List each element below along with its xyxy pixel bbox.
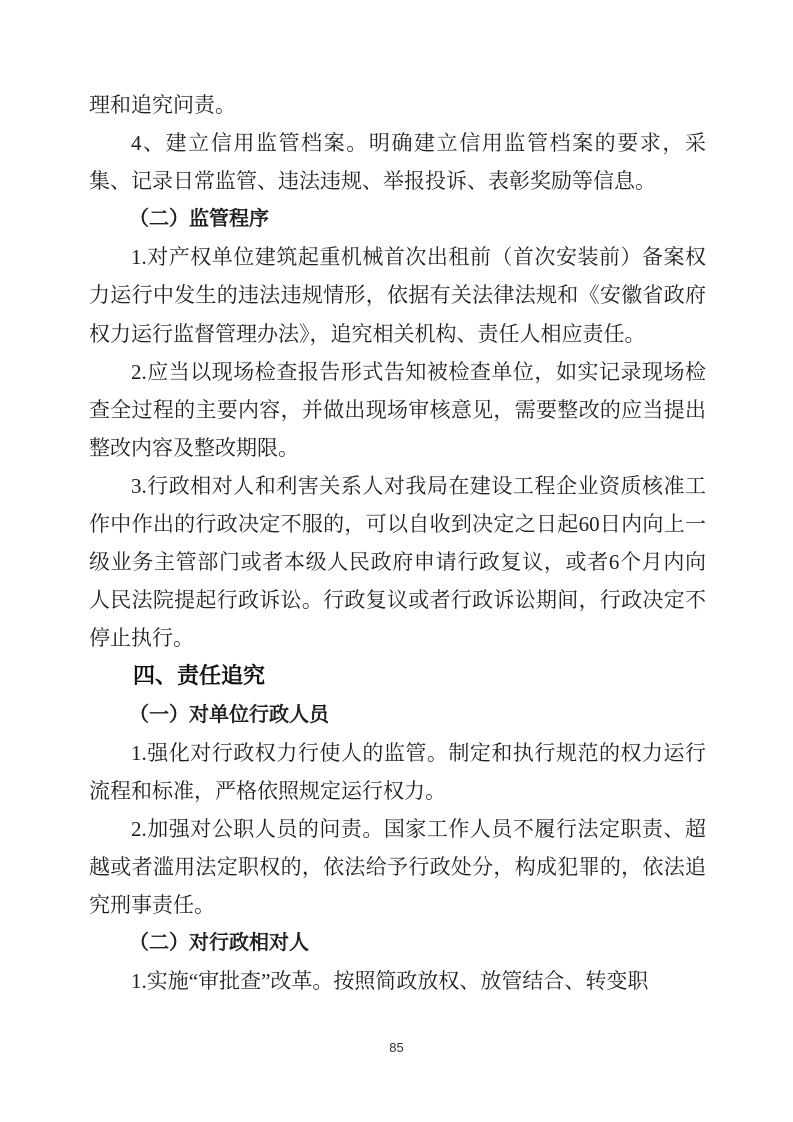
page-number: 85 <box>0 1040 793 1055</box>
paragraph: 4、建立信用监管档案。明确建立信用监管档案的要求，采集、记录日常监管、违法违规、… <box>89 124 706 200</box>
paragraph: 2.加强对公职人员的问责。国家工作人员不履行法定职责、超越或者滥用法定职权的，依… <box>89 810 706 924</box>
paragraph: 1.实施“审批查”改革。按照简政放权、放管结合、转变职 <box>89 962 706 1000</box>
paragraph: 1.强化对行政权力行使人的监管。制定和执行规范的权力运行流程和标准，严格依照规定… <box>89 734 706 810</box>
document-body: 理和追究问责。 4、建立信用监管档案。明确建立信用监管档案的要求，采集、记录日常… <box>89 86 706 1000</box>
paragraph: 1.对产权单位建筑起重机械首次出租前（首次安装前）备案权力运行中发生的违法违规情… <box>89 238 706 352</box>
section-heading: 四、责任追究 <box>89 657 706 695</box>
paragraph-continued: 理和追究问责。 <box>89 86 706 124</box>
paragraph: 2.应当以现场检查报告形式告知被检查单位，如实记录现场检查全过程的主要内容，并做… <box>89 353 706 467</box>
subsection-heading-2b: （二）对行政相对人 <box>89 924 706 962</box>
document-page: 理和追究问责。 4、建立信用监管档案。明确建立信用监管档案的要求，采集、记录日常… <box>0 0 793 1122</box>
paragraph: 3.行政相对人和利害关系人对我局在建设工程企业资质核准工作中作出的行政决定不服的… <box>89 467 706 657</box>
subsection-heading-1: （一）对单位行政人员 <box>89 696 706 734</box>
subsection-heading-2: （二）监管程序 <box>89 200 706 238</box>
